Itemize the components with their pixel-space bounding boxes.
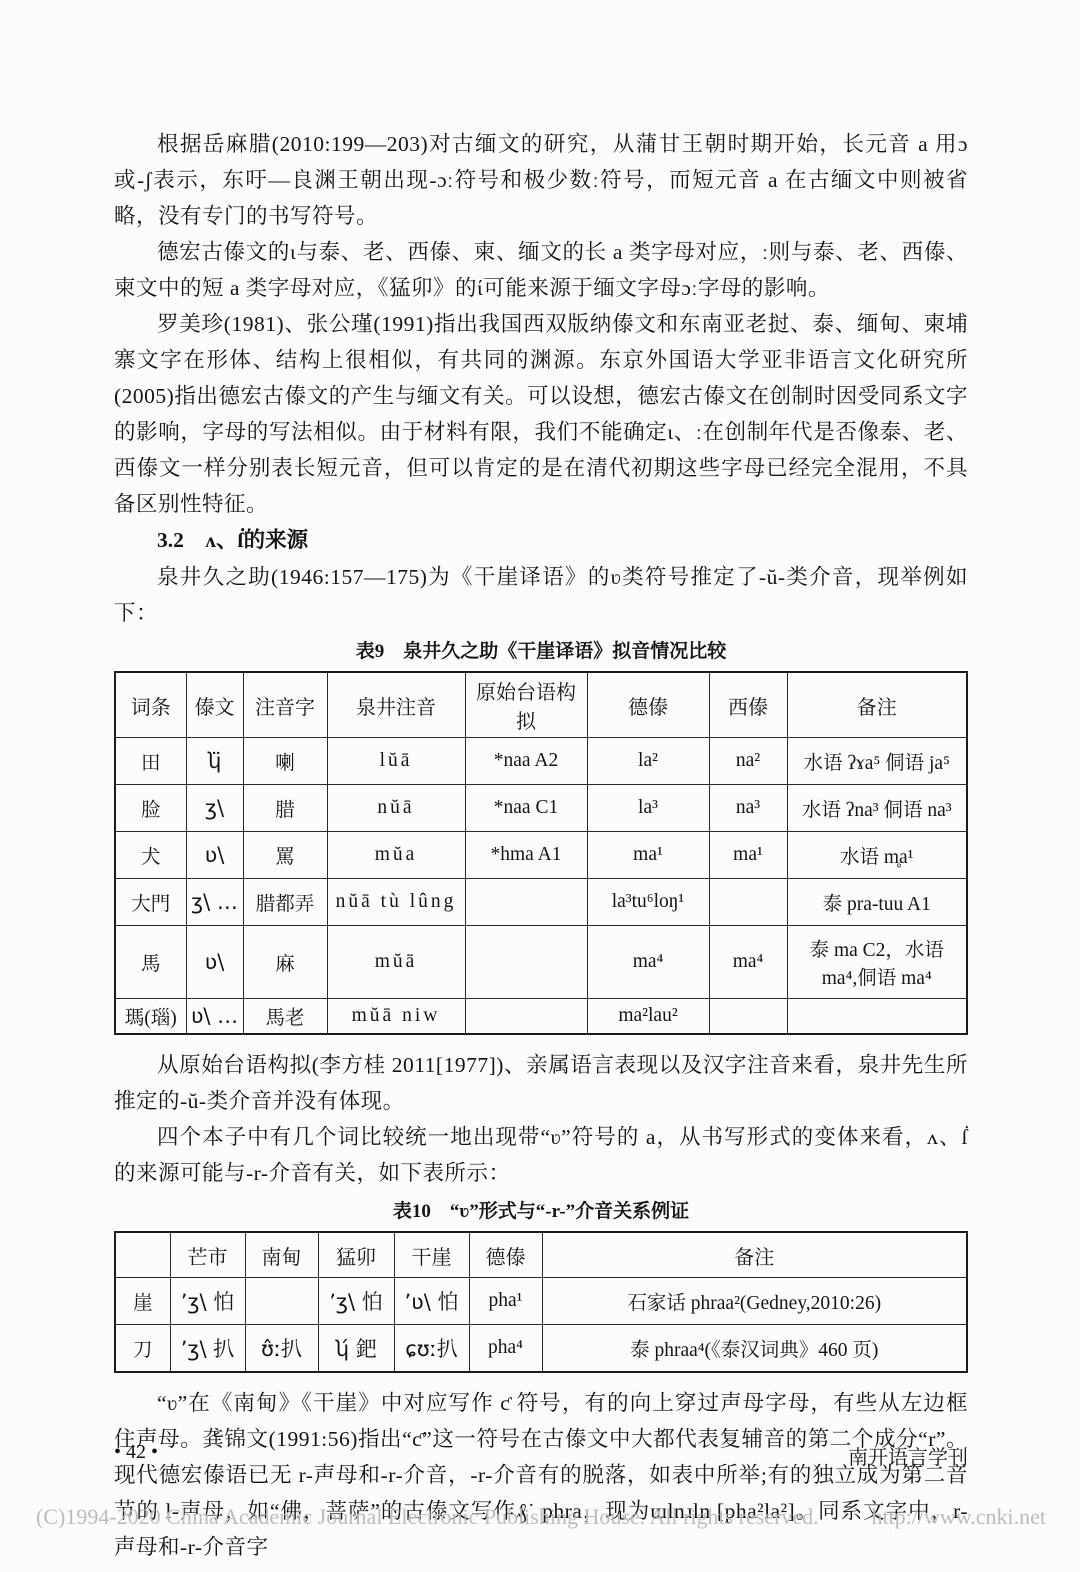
table9-cell: 泰 pra-tuu A1 — [787, 879, 967, 926]
table9-cell: na³ — [709, 785, 787, 832]
table10-header-cell: 猛卯 — [318, 1232, 394, 1278]
table9-header-cell: 词条 — [115, 672, 186, 738]
table9-cell: *naa C1 — [465, 785, 587, 832]
table9: 词条 傣文 注音字 泉井注音 原始台语构拟 德傣 西傣 备注 田 ʮ̈ 喇 lŭ… — [114, 671, 968, 1035]
table9-cell: lŭā — [327, 738, 465, 785]
table10-header-cell: 德傣 — [469, 1232, 542, 1278]
dai-script-glyph: ʒ\ — [186, 785, 243, 832]
table9-cell — [465, 926, 587, 999]
table9-cell: nŭā tù lûng — [327, 879, 465, 926]
dai-script-glyph — [245, 1278, 318, 1325]
dai-script-glyph: ɕʊː扒 — [394, 1325, 469, 1373]
paragraph-r-medial: 四个本子中有几个词比较统一地出现带“ʋ”符号的 a，从书写形式的变体来看，ʌ、ẛ… — [114, 1119, 968, 1191]
table9-row-face: 脸 ʒ\ 腊 nŭā *naa C1 la³ na³ 水语 ʔna³ 侗语 na… — [115, 785, 967, 832]
dai-script-glyph: ʼʋ\ 怕 — [394, 1278, 469, 1325]
table9-cell: 犬 — [115, 832, 186, 879]
dai-script-glyph: ʼʒ\ 怕 — [170, 1278, 245, 1325]
table10-row-knife: 刀 ʼʒ\ 扒 ʊ̂ː扒 ʮ́ 鈀 ɕʊː扒 pha⁴ 泰 phraa⁴(《泰汉… — [115, 1325, 967, 1373]
table9-cell: 泰 ma C2，水语 ma⁴,侗语 ma⁴ — [787, 926, 967, 999]
table9-cell: na² — [709, 738, 787, 785]
table9-cell: nŭā — [327, 785, 465, 832]
table10-cell: pha¹ — [469, 1278, 542, 1325]
table10: 芒市 南甸 猛卯 干崖 德傣 备注 崖 ʼʒ\ 怕 ʼʒ\ 怕 ʼʋ\ 怕 ph… — [114, 1231, 968, 1373]
dai-script-glyph: ʮ̈ — [186, 738, 243, 785]
cnki-watermark: (C)1994-2020 China Academic Journal Elec… — [36, 1504, 1046, 1530]
table9-cell: la² — [587, 738, 709, 785]
table9-cell: 水语 ʔɤa⁵ 侗语 ja⁵ — [787, 738, 967, 785]
table9-cell: 馬 — [115, 926, 186, 999]
table9-row-field: 田 ʮ̈ 喇 lŭā *naa A2 la² na² 水语 ʔɤa⁵ 侗语 ja… — [115, 738, 967, 785]
table9-cell: ma²lau² — [587, 999, 709, 1035]
copyright-text: (C)1994-2020 China Academic Journal Elec… — [36, 1504, 819, 1530]
table10-row-cliff: 崖 ʼʒ\ 怕 ʼʒ\ 怕 ʼʋ\ 怕 pha¹ 石家话 phraa²(Gedn… — [115, 1278, 967, 1325]
table9-cell: 水语 ʔna³ 侗语 na³ — [787, 785, 967, 832]
table9-cell: ma¹ — [587, 832, 709, 879]
table9-row-agate: 瑪(瑙) ʋ\ … 馬老 mŭā niw ma²lau² — [115, 999, 967, 1035]
paragraph-script-origins: 罗美珍(1981)、张公瑾(1991)指出我国西双版纳傣文和东南亚老挝、泰、缅甸… — [114, 306, 968, 522]
table9-cell: mŭa — [327, 832, 465, 879]
table9-cell: la³ — [587, 785, 709, 832]
table9-cell: 喇 — [243, 738, 327, 785]
table9-header-cell: 西傣 — [709, 672, 787, 738]
table9-header-cell: 备注 — [787, 672, 967, 738]
table9-header-cell: 泉井注音 — [327, 672, 465, 738]
table9-cell: mŭā niw — [327, 999, 465, 1035]
table9-cell: 水语 m̥a¹ — [787, 832, 967, 879]
journal-name: 南开语言学刊 — [848, 1441, 968, 1470]
dai-script-glyph: ʋ\ — [186, 832, 243, 879]
table10-cell: 泰 phraa⁴(《泰汉词典》460 页) — [542, 1325, 967, 1373]
cnki-url: http://www.cnki.net — [871, 1504, 1046, 1530]
paragraph-dehong-correspondence: 德宏古傣文的ι与泰、老、西傣、柬、缅文的长 a 类字母对应，ː则与泰、老、西傣、… — [114, 234, 968, 306]
table9-cell: ma¹ — [709, 832, 787, 879]
dai-script-glyph: ʊ̂ː扒 — [245, 1325, 318, 1373]
table9-cell: mŭā — [327, 926, 465, 999]
table10-header-cell — [115, 1232, 170, 1278]
table10-cell: 崖 — [115, 1278, 170, 1325]
table10-cell: 刀 — [115, 1325, 170, 1373]
table9-cell: 麻 — [243, 926, 327, 999]
paragraph-proto-tai: 从原始台语构拟(李方桂 2011[1977])、亲属语言表现以及汉字注音来看，泉… — [114, 1047, 968, 1119]
table10-cell: 石家话 phraa²(Gedney,2010:26) — [542, 1278, 967, 1325]
table9-cell: 脸 — [115, 785, 186, 832]
table10-header-cell: 芒市 — [170, 1232, 245, 1278]
table9-cell: 大門 — [115, 879, 186, 926]
table9-cell — [465, 999, 587, 1035]
dai-script-glyph: ʮ́ 鈀 — [318, 1325, 394, 1373]
table9-header-row: 词条 傣文 注音字 泉井注音 原始台语构拟 德傣 西傣 备注 — [115, 672, 967, 738]
dai-script-glyph: ʋ\ … — [186, 999, 243, 1035]
table10-cell: pha⁴ — [469, 1325, 542, 1373]
table9-row-horse: 馬 ʋ\ 麻 mŭā ma⁴ ma⁴ 泰 ma C2，水语 ma⁴,侗语 ma⁴ — [115, 926, 967, 999]
table9-row-dog: 犬 ʋ\ 罵 mŭa *hma A1 ma¹ ma¹ 水语 m̥a¹ — [115, 832, 967, 879]
table9-cell — [465, 879, 587, 926]
table9-cell: ma⁴ — [587, 926, 709, 999]
table10-header-cell: 备注 — [542, 1232, 967, 1278]
table9-cell: *hma A1 — [465, 832, 587, 879]
table9-cell: 罵 — [243, 832, 327, 879]
table9-cell: 腊 — [243, 785, 327, 832]
table9-cell — [787, 999, 967, 1035]
table9-cell: ma⁴ — [709, 926, 787, 999]
table9-header-cell: 原始台语构拟 — [465, 672, 587, 738]
dai-script-glyph: ʼʒ\ 怕 — [318, 1278, 394, 1325]
table9-cell — [709, 879, 787, 926]
section-heading-3-2: 3.2 ʌ、ẛ的来源 — [114, 522, 968, 559]
paragraph-izui-intro: 泉井久之助(1946:157—175)为《干崖译语》的ʋ类符号推定了-ŭ-类介音… — [114, 559, 968, 631]
dai-script-glyph: ʒ\ … — [186, 879, 243, 926]
table9-caption: 表9 泉井久之助《干崖译语》拟音情况比较 — [114, 639, 968, 665]
page-number: • 42 • — [114, 1441, 158, 1470]
page-body: 根据岳麻腊(2010:199—203)对古缅文的研究，从蒲甘王朝时期开始，长元音… — [114, 126, 968, 1565]
table9-cell: 瑪(瑙) — [115, 999, 186, 1035]
table10-header-cell: 南甸 — [245, 1232, 318, 1278]
paragraph-symbol-analysis: “ʋ”在《南甸》《干崖》中对应写作 ƈ 符号，有的向上穿过声母字母，有些从左边框… — [114, 1385, 968, 1565]
table9-header-cell: 傣文 — [186, 672, 243, 738]
table9-cell: *naa A2 — [465, 738, 587, 785]
table9-cell — [709, 999, 787, 1035]
table9-header-cell: 德傣 — [587, 672, 709, 738]
table9-row-gate: 大門 ʒ\ … 腊都弄 nŭā tù lûng la³tu⁶loŋ¹ 泰 pra… — [115, 879, 967, 926]
table9-cell: la³tu⁶loŋ¹ — [587, 879, 709, 926]
table9-header-cell: 注音字 — [243, 672, 327, 738]
table9-cell: 馬老 — [243, 999, 327, 1035]
table10-header-row: 芒市 南甸 猛卯 干崖 德傣 备注 — [115, 1232, 967, 1278]
table9-cell: 田 — [115, 738, 186, 785]
dai-script-glyph: ʼʒ\ 扒 — [170, 1325, 245, 1373]
table10-header-cell: 干崖 — [394, 1232, 469, 1278]
table10-caption: 表10 “ʋ”形式与“-r-”介音关系例证 — [114, 1199, 968, 1225]
table9-cell: 腊都弄 — [243, 879, 327, 926]
dai-script-glyph: ʋ\ — [186, 926, 243, 999]
page-footer: • 42 • 南开语言学刊 — [114, 1441, 968, 1470]
paragraph-burmese-vowels: 根据岳麻腊(2010:199—203)对古缅文的研究，从蒲甘王朝时期开始，长元音… — [114, 126, 968, 234]
